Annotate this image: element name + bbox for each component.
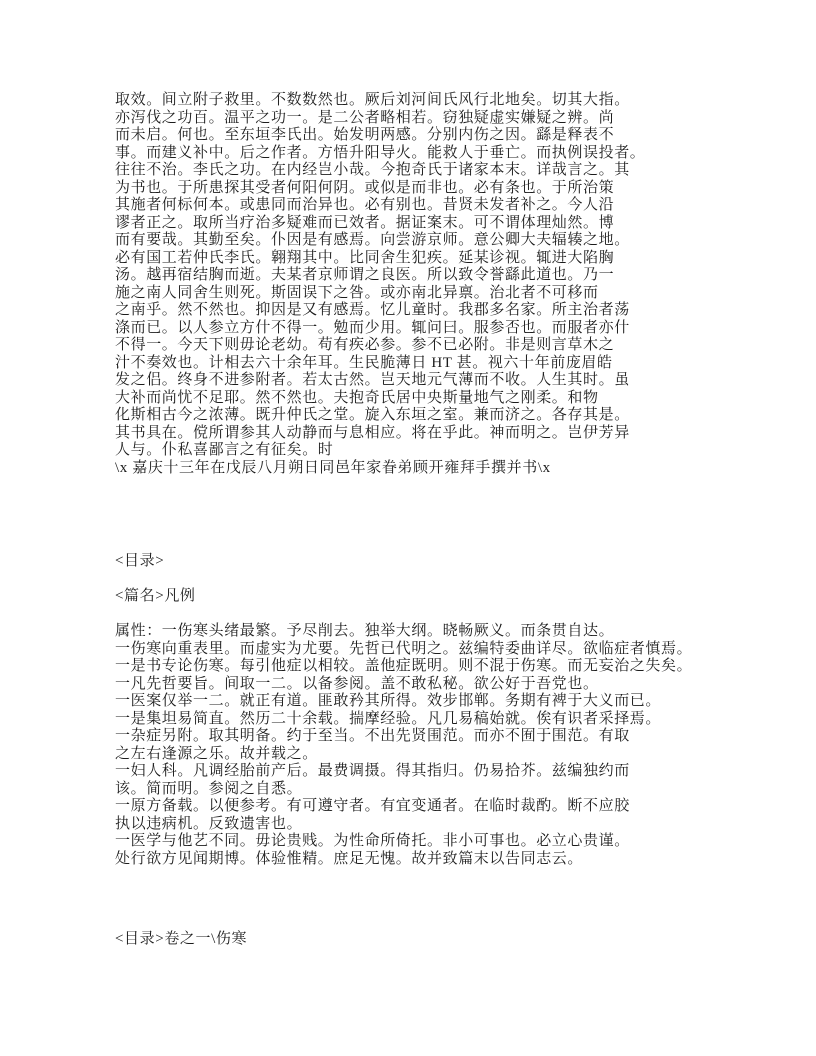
toc-marker: <目录> (115, 553, 164, 571)
preface-text: 取效。间立附子救里。不数数然也。厥后刘河间氏风行北地矣。切其大指。 亦泻伐之功百… (115, 92, 645, 477)
document-page: 取效。间立附子救里。不数数然也。厥后刘河间氏风行北地矣。切其大指。 亦泻伐之功百… (0, 0, 816, 1056)
fanli-text: 属性：一伤寒头绪最繁。予尽削去。独举大纲。晓畅厥义。而条贯自达。 一伤寒向重表里… (115, 623, 692, 868)
volume-marker: <目录>卷之一\伤寒 (115, 931, 247, 949)
section-title-fanli: <篇名>凡例 (115, 588, 196, 606)
